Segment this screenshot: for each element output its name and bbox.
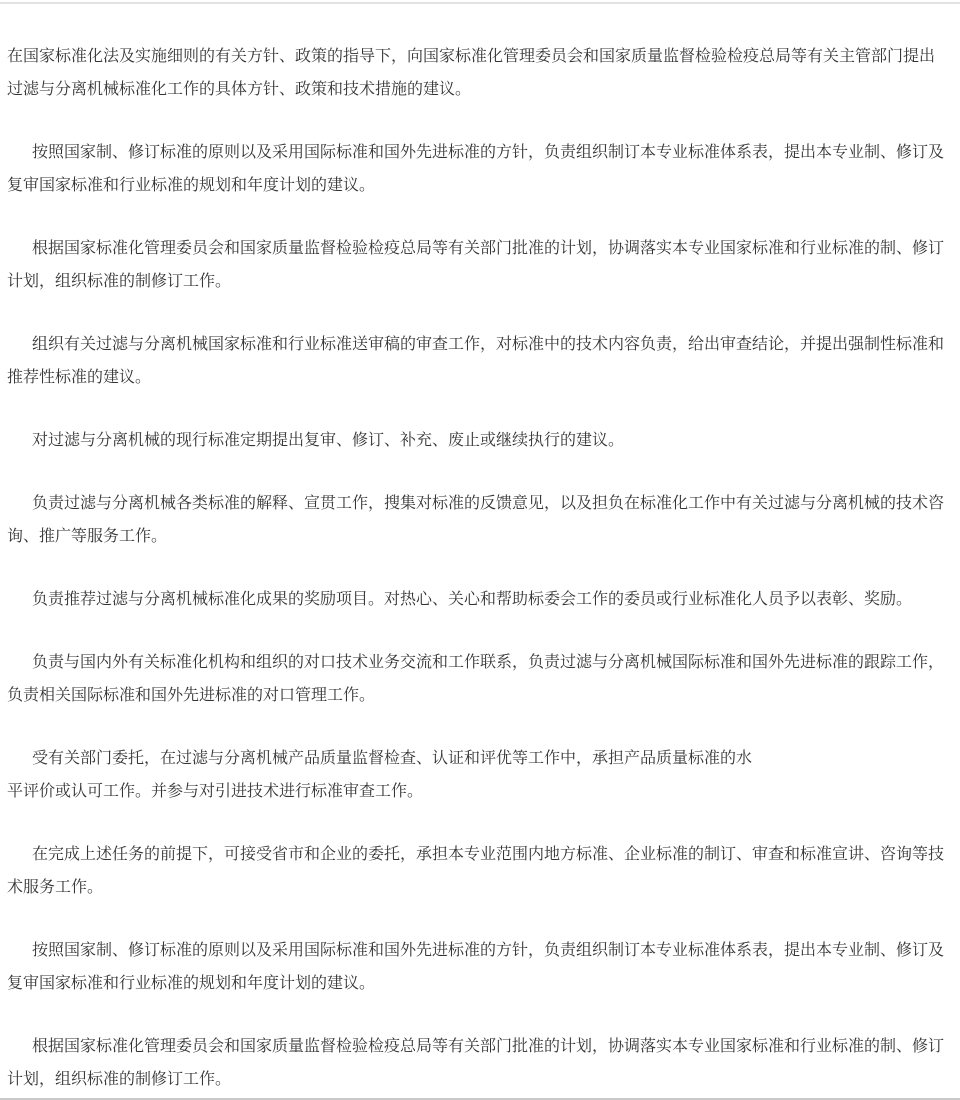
paragraph: 在完成上述任务的前提下，可接受省市和企业的委托，承担本专业范围内地方标准、企业标…	[7, 838, 945, 904]
paragraph: 按照国家制、修订标准的原则以及采用国际标准和国外先进标准的方针，负责组织制订本专…	[7, 934, 945, 1000]
paragraph: 组织有关过滤与分离机械国家标准和行业标准送审稿的审查工作，对标准中的技术内容负责…	[7, 328, 945, 394]
paragraph: 根据国家标准化管理委员会和国家质量监督检验检疫总局等有关部门批准的计划，协调落实…	[7, 1030, 945, 1096]
paragraph: 在国家标准化法及实施细则的有关方针、政策的指导下，向国家标准化管理委员会和国家质…	[7, 40, 945, 106]
paragraph: 负责与国内外有关标准化机构和组织的对口技术业务交流和工作联系，负责过滤与分离机械…	[7, 646, 945, 712]
paragraph: 根据国家标准化管理委员会和国家质量监督检验检疫总局等有关部门批准的计划，协调落实…	[7, 232, 945, 298]
paragraph: 负责推荐过滤与分离机械标准化成果的奖励项目。对热心、关心和帮助标委会工作的委员或…	[7, 583, 945, 616]
paragraph: 按照国家制、修订标准的原则以及采用国际标准和国外先进标准的方针，负责组织制订本专…	[7, 136, 945, 202]
paragraph: 对过滤与分离机械的现行标准定期提出复审、修订、补充、废止或继续执行的建议。	[7, 424, 945, 457]
document-body: 在国家标准化法及实施细则的有关方针、政策的指导下，向国家标准化管理委员会和国家质…	[7, 4, 945, 1096]
paragraph: 受有关部门委托，在过滤与分离机械产品质量监督检查、认证和评优等工作中，承担产品质…	[7, 742, 945, 808]
paragraph: 负责过滤与分离机械各类标准的解释、宣贯工作，搜集对标准的反馈意见，以及担负在标准…	[7, 487, 945, 553]
document-page: { "page": { "background_color": "#ffffff…	[0, 2, 960, 1100]
